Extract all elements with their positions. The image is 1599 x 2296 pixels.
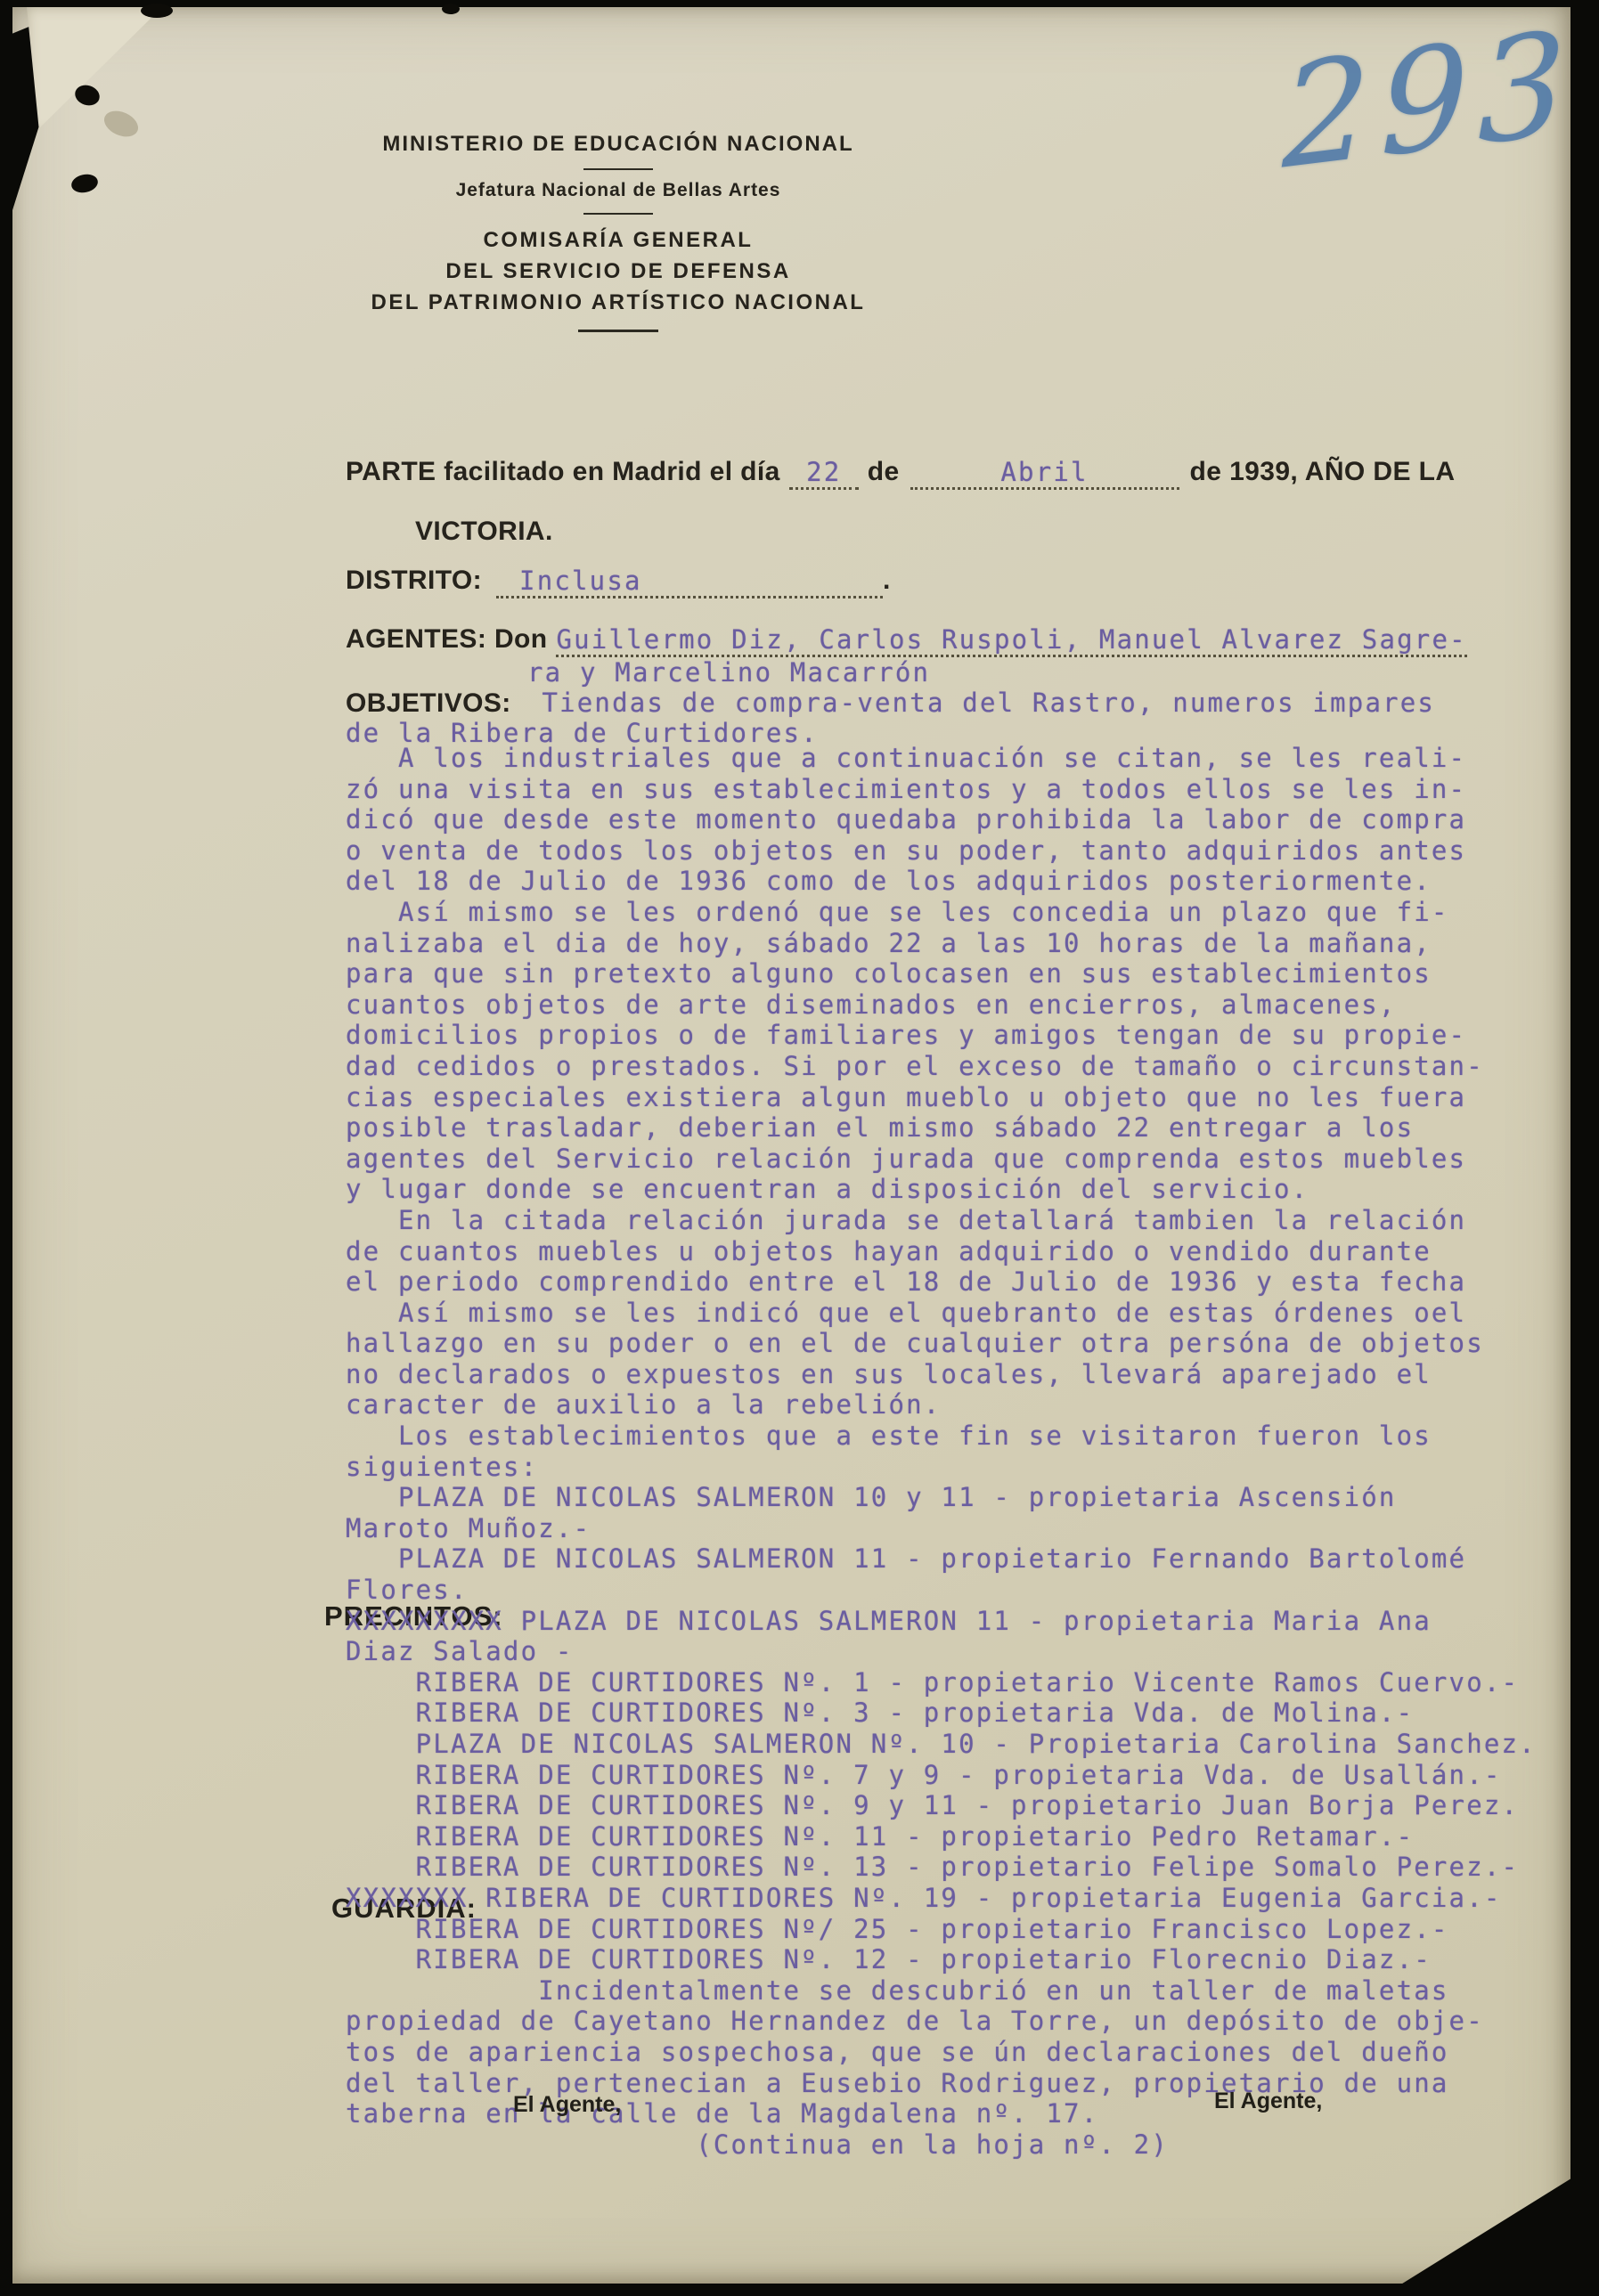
typed-line-row: PRECINTOS:XXXXXXXXX PLAZA DE NICOLAS SAL… xyxy=(346,1606,1588,1637)
office-name: Jefatura Nacional de Bellas Artes xyxy=(355,180,882,201)
month-value: Abril xyxy=(1000,457,1088,487)
typed-line-row: A los industriales que a continuación se… xyxy=(346,743,1588,774)
victoria-line: VICTORIA. xyxy=(415,517,553,547)
typed-line-row: Diaz Salado - xyxy=(346,1636,1588,1667)
typed-line-row: RIBERA DE CURTIDORES Nº. 13 - propietari… xyxy=(346,1852,1588,1883)
typed-line-row: GUARDIA:XXXXXXX RIBERA DE CURTIDORES Nº.… xyxy=(346,1883,1588,1914)
parte-line: PARTE facilitado en Madrid el día22deAbr… xyxy=(346,456,1455,490)
typed-line: RIBERA DE CURTIDORES Nº. 3 - propietaria… xyxy=(346,1698,1414,1728)
typed-line-row: hallazgo en su poder o en el de cualquie… xyxy=(346,1328,1588,1359)
handwritten-folio-number: 293 xyxy=(1282,12,1575,190)
typed-line-row: caracter de auxilio a la rebelión. xyxy=(346,1389,1588,1421)
typed-line: Flores. xyxy=(346,1575,469,1605)
typed-line: nalizaba el dia de hoy, sábado 22 a las … xyxy=(346,928,1432,958)
typed-line-row: dad cedidos o prestados. Si por el exces… xyxy=(346,1051,1588,1082)
typed-line: propiedad de Cayetano Hernandez de la To… xyxy=(346,2006,1484,2036)
typed-line: el periodo comprendido entre el 18 de Ju… xyxy=(346,1266,1466,1297)
typewritten-body: A los industriales que a continuación se… xyxy=(346,743,1588,2160)
typed-line-row: RIBERA DE CURTIDORES Nº. 9 y 11 - propie… xyxy=(346,1790,1588,1821)
agentes-names-line2: ra y Marcelino Macarrón xyxy=(527,657,930,688)
commissariat-line: DEL PATRIMONIO ARTÍSTICO NACIONAL xyxy=(355,287,882,318)
typed-line-row: el periodo comprendido entre el 18 de Ju… xyxy=(346,1266,1588,1298)
distrito-value: Inclusa xyxy=(519,566,642,596)
day-field: 22 xyxy=(789,456,859,490)
typed-line: RIBERA DE CURTIDORES Nº. 13 - propietari… xyxy=(346,1852,1519,1882)
typed-line-row: posible trasladar, deberian el mismo sáb… xyxy=(346,1112,1588,1144)
typed-line: de cuantos muebles u objetos hayan adqui… xyxy=(346,1236,1432,1266)
typed-line-row: para que sin pretexto alguno colocasen e… xyxy=(346,958,1588,989)
typed-line-row: PLAZA DE NICOLAS SALMERON 11 - propietar… xyxy=(346,1543,1588,1575)
scanned-document-page: MINISTERIO DE EDUCACIÓN NACIONAL Jefatur… xyxy=(0,0,1599,2296)
ink-mark xyxy=(442,4,460,14)
typed-line: o venta de todos los objetos en su poder… xyxy=(346,835,1466,866)
typed-line: y lugar donde se encuentran a disposició… xyxy=(346,1174,1309,1204)
agentes-names-line1: Guillermo Diz, Carlos Ruspoli, Manuel Al… xyxy=(556,624,1466,655)
typed-line: XXXXXXXXX PLAZA DE NICOLAS SALMERON 11 -… xyxy=(346,1606,1432,1636)
agentes-label: AGENTES: Don xyxy=(346,624,547,654)
commissariat-line: DEL SERVICIO DE DEFENSA xyxy=(355,256,882,287)
typed-line: posible trasladar, deberian el mismo sáb… xyxy=(346,1112,1414,1143)
typed-line-row: Así mismo se les ordenó que se les conce… xyxy=(346,897,1588,928)
distrito-label: DISTRITO: xyxy=(346,566,482,595)
day-value: 22 xyxy=(806,457,841,487)
typed-line: RIBERA DE CURTIDORES Nº. 7 y 9 - propiet… xyxy=(346,1760,1502,1790)
typed-line-row: RIBERA DE CURTIDORES Nº. 12 - propietari… xyxy=(346,1944,1588,1975)
typed-line-row: domicilios propios o de familiares y ami… xyxy=(346,1020,1588,1051)
typed-line: del 18 de Julio de 1936 como de los adqu… xyxy=(346,866,1432,896)
agentes-line: AGENTES: DonGuillermo Diz, Carlos Ruspol… xyxy=(346,623,1467,657)
typed-line-row: de cuantos muebles u objetos hayan adqui… xyxy=(346,1236,1588,1267)
typed-line-row: PLAZA DE NICOLAS SALMERON 10 y 11 - prop… xyxy=(346,1482,1588,1513)
ministry-name: MINISTERIO DE EDUCACIÓN NACIONAL xyxy=(355,132,882,157)
typed-line: RIBERA DE CURTIDORES Nº/ 25 - propietari… xyxy=(346,1914,1449,1944)
typed-line: A los industriales que a continuación se… xyxy=(346,743,1466,773)
distrito-period: . xyxy=(883,566,891,595)
de-label: de xyxy=(868,457,900,486)
typed-line: para que sin pretexto alguno colocasen e… xyxy=(346,958,1432,989)
typed-line: (Continua en la hoja nº. 2) xyxy=(346,2129,1169,2160)
typed-line-row: (Continua en la hoja nº. 2) xyxy=(346,2129,1588,2161)
typed-line-row: RIBERA DE CURTIDORES Nº/ 25 - propietari… xyxy=(346,1914,1588,1945)
typed-line: dad cedidos o prestados. Si por el exces… xyxy=(346,1051,1484,1081)
typed-line: RIBERA DE CURTIDORES Nº. 11 - propietari… xyxy=(346,1821,1414,1852)
parte-suffix: de 1939, AÑO DE LA xyxy=(1190,457,1456,486)
typed-line: Los establecimientos que a este fin se v… xyxy=(346,1421,1432,1451)
typed-line-row: dicó que desde este momento quedaba proh… xyxy=(346,804,1588,835)
typed-line-row: Flores. xyxy=(346,1575,1588,1606)
typed-line: siguientes: xyxy=(346,1452,538,1482)
typed-line-row: siguientes: xyxy=(346,1452,1588,1483)
typed-line-row: del 18 de Julio de 1936 como de los adqu… xyxy=(346,866,1588,897)
typed-line-row: El Agente,El Agente,taberna en la calle … xyxy=(346,2098,1588,2129)
typed-line-row: o venta de todos los objetos en su poder… xyxy=(346,835,1588,867)
typed-line: RIBERA DE CURTIDORES Nº. 1 - propietario… xyxy=(346,1667,1519,1698)
parte-prefix: PARTE facilitado en Madrid el día xyxy=(346,457,780,486)
typed-line-row: RIBERA DE CURTIDORES Nº. 7 y 9 - propiet… xyxy=(346,1760,1588,1791)
divider-rule xyxy=(583,213,653,215)
typed-line: RIBERA DE CURTIDORES Nº. 12 - propietari… xyxy=(346,1944,1432,1974)
typed-line-row: no declarados o expuestos en sus locales… xyxy=(346,1359,1588,1390)
typed-line: caracter de auxilio a la rebelión. xyxy=(346,1389,941,1420)
typed-line: agentes del Servicio relación jurada que… xyxy=(346,1144,1466,1174)
typed-line-row: nalizaba el dia de hoy, sábado 22 a las … xyxy=(346,928,1588,959)
typed-line: Incidentalmente se descubrió en un talle… xyxy=(346,1975,1449,2006)
typed-line-row: Maroto Muñoz.- xyxy=(346,1513,1588,1544)
letterhead: MINISTERIO DE EDUCACIÓN NACIONAL Jefatur… xyxy=(355,132,882,342)
typed-line-row: Así mismo se les indicó que el quebranto… xyxy=(346,1298,1588,1329)
typed-line: En la citada relación jurada se detallar… xyxy=(346,1205,1466,1235)
divider-rule xyxy=(583,168,653,170)
typed-line: no declarados o expuestos en sus locales… xyxy=(346,1359,1432,1389)
typed-line: Así mismo se les ordenó que se les conce… xyxy=(346,897,1449,927)
ink-mark xyxy=(141,4,173,18)
typed-line-row: En la citada relación jurada se detallar… xyxy=(346,1205,1588,1236)
distrito-line: DISTRITO:Inclusa. xyxy=(346,565,891,598)
typed-line: XXXXXXX RIBERA DE CURTIDORES Nº. 19 - pr… xyxy=(346,1883,1502,1913)
typed-line: taberna en la calle de la Magdalena nº. … xyxy=(346,2098,1098,2129)
typed-line-row: Los establecimientos que a este fin se v… xyxy=(346,1421,1588,1452)
typed-line: cuantos objetos de arte diseminados en e… xyxy=(346,989,1397,1020)
typed-line: domicilios propios o de familiares y ami… xyxy=(346,1020,1466,1050)
typed-line: tos de apariencia sospechosa, que se ún … xyxy=(346,2037,1449,2067)
typed-line-row: RIBERA DE CURTIDORES Nº. 3 - propietaria… xyxy=(346,1698,1588,1729)
typed-line: Así mismo se les indicó que el quebranto… xyxy=(346,1298,1466,1328)
typed-line-row: y lugar donde se encuentran a disposició… xyxy=(346,1174,1588,1205)
typed-line: Maroto Muñoz.- xyxy=(346,1513,591,1543)
typed-line: Diaz Salado - xyxy=(346,1636,574,1666)
objetivos-label: OBJETIVOS: xyxy=(346,688,511,718)
typed-line: PLAZA DE NICOLAS SALMERON Nº. 10 - Propi… xyxy=(346,1729,1537,1759)
typed-line: cias especiales existiera algun mueblo u… xyxy=(346,1082,1466,1112)
typed-line-row: PLAZA DE NICOLAS SALMERON Nº. 10 - Propi… xyxy=(346,1729,1588,1760)
objetivos-line: OBJETIVOS: Tiendas de compra-venta del R… xyxy=(346,688,1435,719)
commissariat-line: COMISARÍA GENERAL xyxy=(355,224,882,256)
typed-line: PLAZA DE NICOLAS SALMERON 11 - propietar… xyxy=(346,1543,1466,1574)
agentes-field: Guillermo Diz, Carlos Ruspoli, Manuel Al… xyxy=(556,623,1466,657)
typed-line: dicó que desde este momento quedaba proh… xyxy=(346,804,1466,835)
typed-line-row: propiedad de Cayetano Hernandez de la To… xyxy=(346,2006,1588,2037)
typed-line: RIBERA DE CURTIDORES Nº. 9 y 11 - propie… xyxy=(346,1790,1519,1820)
typed-line-row: Incidentalmente se descubrió en un talle… xyxy=(346,1975,1588,2007)
divider-rule xyxy=(578,330,658,332)
typed-line: hallazgo en su poder o en el de cualquie… xyxy=(346,1328,1484,1358)
typed-line-row: zó una visita en sus establecimientos y … xyxy=(346,774,1588,805)
typed-line: zó una visita en sus establecimientos y … xyxy=(346,774,1466,804)
typed-line-row: RIBERA DE CURTIDORES Nº. 11 - propietari… xyxy=(346,1821,1588,1852)
el-agente-label-right: El Agente, xyxy=(1214,2086,1322,2117)
typed-line-row: cias especiales existiera algun mueblo u… xyxy=(346,1082,1588,1113)
typed-line-row: cuantos objetos de arte diseminados en e… xyxy=(346,989,1588,1021)
typed-line-row: tos de apariencia sospechosa, que se ún … xyxy=(346,2037,1588,2068)
agentes-line2: ra y Marcelino Macarrón xyxy=(527,657,930,688)
el-agente-label-left: El Agente, xyxy=(513,2089,621,2121)
typed-line-row: agentes del Servicio relación jurada que… xyxy=(346,1144,1588,1175)
distrito-field: Inclusa xyxy=(496,565,883,598)
month-field: Abril xyxy=(910,456,1179,490)
objetivos-value-line1: Tiendas de compra-venta del Rastro, nume… xyxy=(542,688,1435,718)
typed-line-row: RIBERA DE CURTIDORES Nº. 1 - propietario… xyxy=(346,1667,1588,1698)
typed-line: PLAZA DE NICOLAS SALMERON 10 y 11 - prop… xyxy=(346,1482,1397,1512)
